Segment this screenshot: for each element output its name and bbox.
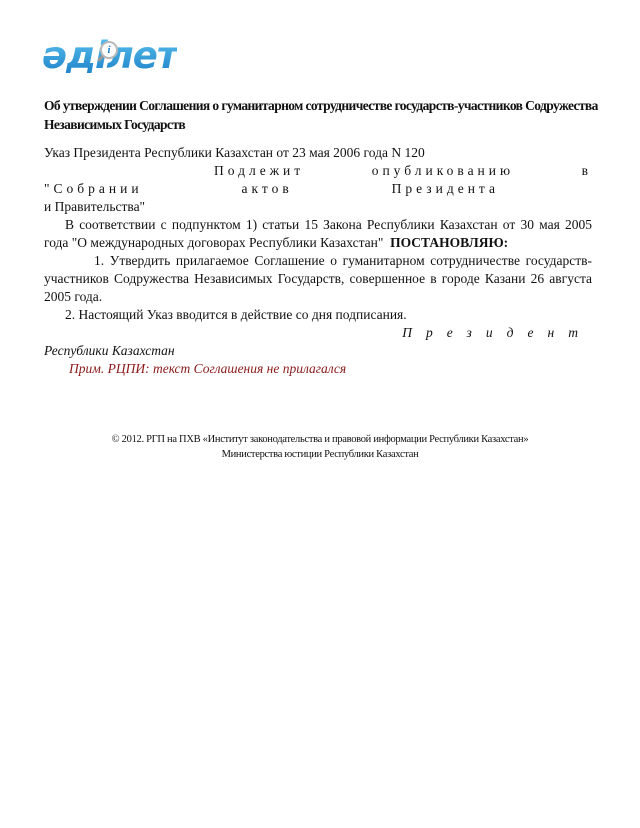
- preamble: В соответствии с подпунктом 1) статьи 15…: [44, 216, 592, 252]
- rcpi-note: Прим. РЦПИ: текст Соглашения не прилагал…: [44, 360, 592, 378]
- item-1: 1. Утвердить прилагаемое Соглашение о гу…: [44, 252, 592, 306]
- signature-title: Президент: [44, 324, 592, 342]
- publication-word: в: [582, 162, 592, 180]
- item-2: 2. Настоящий Указ вводится в действие со…: [44, 306, 592, 324]
- decree-line: Указ Президента Республики Казахстан от …: [44, 144, 592, 162]
- signature-country: Республики Казахстан: [44, 342, 592, 360]
- publication-word: актов: [241, 180, 292, 198]
- document-title: Об утверждении Соглашения о гуманитарном…: [44, 96, 604, 134]
- footer-copyright: © 2012. РГП на ПХВ «Институт законодател…: [0, 432, 640, 447]
- document-body: Указ Президента Республики Казахстан от …: [44, 144, 592, 378]
- adilet-logo[interactable]: әділет i: [42, 40, 182, 84]
- footer: © 2012. РГП на ПХВ «Институт законодател…: [0, 432, 640, 462]
- publication-word: Президента: [392, 180, 499, 198]
- footer-ministry: Министерства юстиции Республики Казахста…: [0, 447, 640, 462]
- publication-word: опубликованию: [372, 162, 514, 180]
- publication-note-line-3: и Правительства": [44, 198, 592, 216]
- info-magnifier-icon: i: [100, 41, 118, 59]
- publication-word: "Собрании: [44, 180, 143, 198]
- preamble-text: В соответствии с подпунктом 1) статьи 15…: [44, 217, 592, 250]
- decree-word: ПОСТАНОВЛЯЮ:: [390, 235, 508, 250]
- publication-note-line-2: "Собрании актов Президента: [44, 180, 499, 198]
- publication-note-line-1: Подлежит опубликованию в: [44, 162, 592, 180]
- publication-word: Подлежит: [214, 162, 304, 180]
